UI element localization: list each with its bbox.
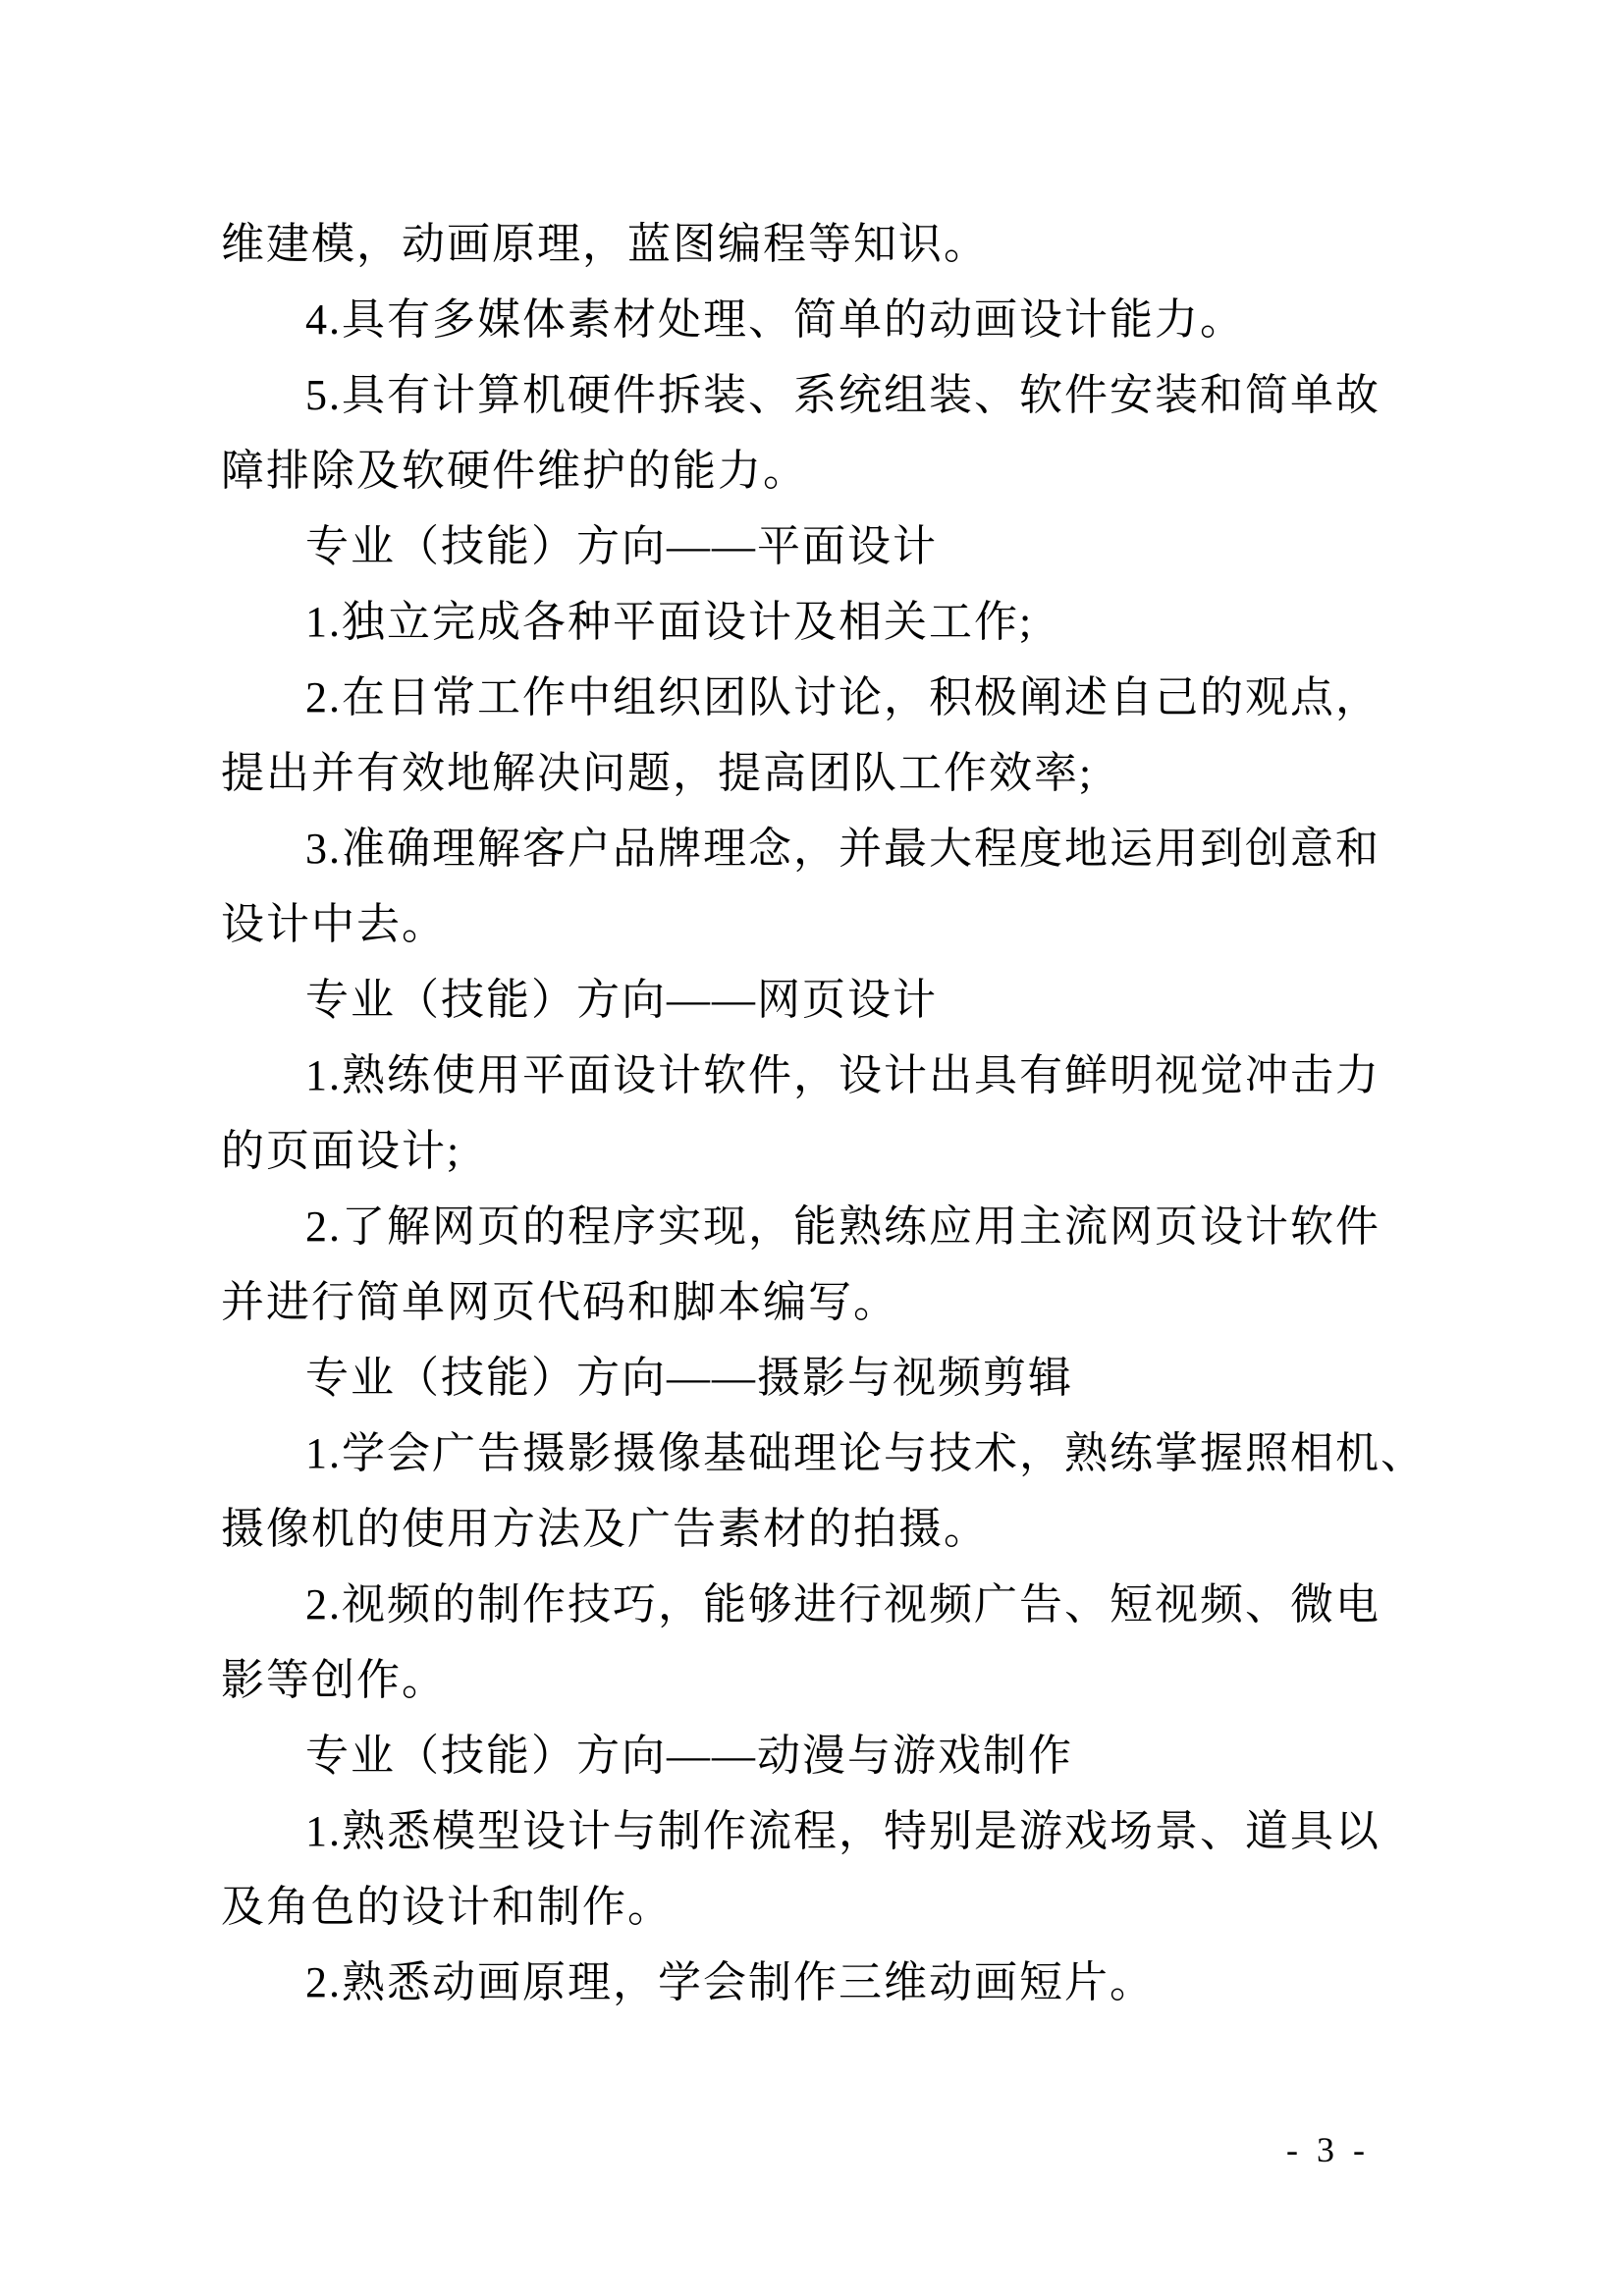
text-line: 1.独立完成各种平面设计及相关工作;: [221, 584, 1378, 660]
text-line: 摄像机的使用方法及广告素材的拍摄。: [221, 1491, 1378, 1567]
page-number: - 3 -: [1267, 2128, 1384, 2171]
text-line: 影等创作。: [221, 1642, 1378, 1718]
text-line: 3.准确理解客户品牌理念，并最大程度地运用到创意和: [221, 811, 1378, 886]
text-line: 及角色的设计和制作。: [221, 1869, 1378, 1945]
text-line: 1.熟悉模型设计与制作流程，特别是游戏场景、道具以: [221, 1793, 1378, 1869]
text-line: 维建模，动画原理，蓝图编程等知识。: [221, 206, 1378, 282]
text-line: 2.在日常工作中组织团队讨论，积极阐述自己的观点，: [221, 660, 1378, 735]
document-page: 维建模，动画原理，蓝图编程等知识。 4.具有多媒体素材处理、简单的动画设计能力。…: [0, 0, 1624, 2296]
text-line: 2.视频的制作技巧，能够进行视频广告、短视频、微电: [221, 1567, 1378, 1642]
section-heading: 专业（技能）方向——平面设计: [221, 508, 1378, 584]
text-line: 2.熟悉动画原理，学会制作三维动画短片。: [221, 1945, 1378, 2020]
text-line: 2.了解网页的程序实现，能熟练应用主流网页设计软件: [221, 1189, 1378, 1264]
section-heading: 专业（技能）方向——摄影与视频剪辑: [221, 1340, 1378, 1415]
text-line: 1.学会广告摄影摄像基础理论与技术，熟练掌握照相机、: [221, 1415, 1378, 1491]
section-heading: 专业（技能）方向——动漫与游戏制作: [221, 1718, 1378, 1793]
text-line: 4.具有多媒体素材处理、简单的动画设计能力。: [221, 282, 1378, 357]
section-heading: 专业（技能）方向——网页设计: [221, 962, 1378, 1038]
document-body: 维建模，动画原理，蓝图编程等知识。 4.具有多媒体素材处理、简单的动画设计能力。…: [221, 206, 1378, 2020]
text-line: 障排除及软硬件维护的能力。: [221, 433, 1378, 508]
text-line: 提出并有效地解决问题，提高团队工作效率;: [221, 735, 1378, 811]
text-line: 设计中去。: [221, 886, 1378, 962]
text-line: 5.具有计算机硬件拆装、系统组装、软件安装和简单故: [221, 357, 1378, 433]
text-line: 的页面设计;: [221, 1113, 1378, 1189]
text-line: 并进行简单网页代码和脚本编写。: [221, 1264, 1378, 1340]
text-line: 1.熟练使用平面设计软件，设计出具有鲜明视觉冲击力: [221, 1038, 1378, 1113]
